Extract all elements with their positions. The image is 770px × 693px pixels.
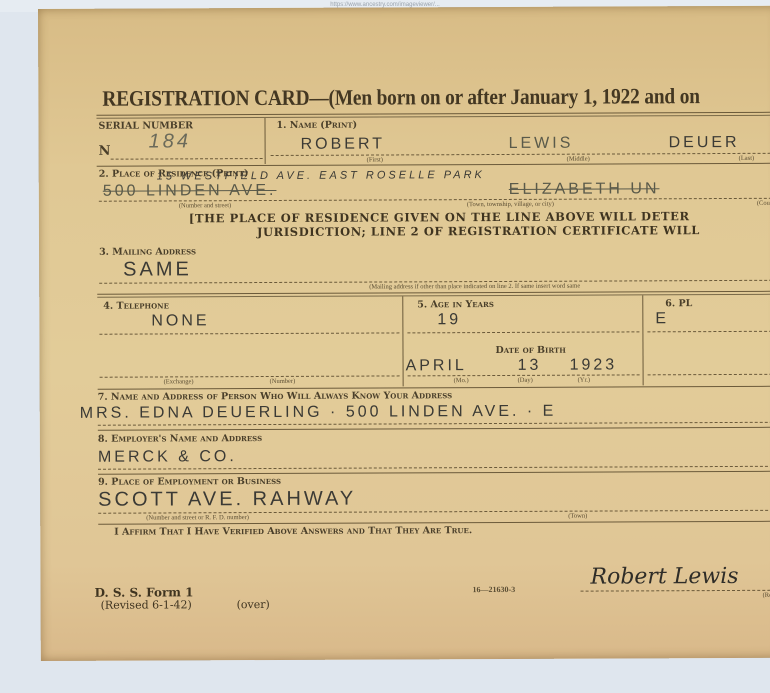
serial-prefix: N (99, 144, 111, 159)
age-value: 19 (437, 311, 461, 329)
divider (402, 296, 403, 386)
serial-number-value: 184 (149, 130, 191, 153)
telephone-label: 4. Telephone (103, 300, 169, 311)
day-caption: (Day) (518, 377, 533, 384)
mailing-label: 3. Mailing Address (99, 246, 196, 257)
dob-month-value: APRIL (406, 357, 467, 375)
over-note: (over) (237, 598, 270, 611)
dob-year-value: 1923 (570, 356, 618, 374)
county-caption: (Count (757, 200, 770, 207)
dotted-line (648, 374, 770, 376)
last-name-value: DEUER (669, 134, 740, 152)
town-caption: (Town) (568, 513, 587, 520)
form-code: 16—21630-3 (473, 585, 516, 594)
dob-label: Date of Birth (495, 345, 565, 356)
employer-label: 8. Employer's Name and Address (98, 433, 262, 445)
form-revised: (Revised 6-1-42) (101, 598, 192, 611)
signature-caption: (Regis (763, 592, 770, 599)
divider (97, 294, 770, 298)
divider (264, 118, 265, 164)
residence-street-value: 500 LINDEN AVE. (103, 182, 277, 201)
employment-place-value: SCOTT AVE. RAHWAY (98, 488, 356, 512)
first-name-value: ROBERT (301, 135, 385, 153)
town-caption: (Town, township, village, or city) (467, 201, 554, 208)
dob-day-value: 13 (518, 357, 542, 375)
name-label: 1. Name (Print) (276, 120, 357, 131)
dotted-line (99, 332, 399, 334)
contact-value: MRS. EDNA DEUERLING · 500 LINDEN AVE. · … (80, 403, 557, 423)
registrant-signature: Robert Lewis (590, 564, 738, 590)
residence-town-value: ELIZABETH UN (509, 180, 660, 199)
dotted-line (98, 422, 770, 426)
contact-label: 7. Name and Address of Person Who Will A… (98, 390, 453, 403)
street-caption: (Number and street) (179, 202, 231, 209)
mailing-caption: (Mailing address if other than place ind… (369, 283, 580, 291)
divider (98, 521, 770, 525)
divider (98, 386, 770, 390)
dotted-line (647, 331, 770, 333)
middle-caption: (Middle) (567, 156, 590, 163)
affirmation-text: I Affirm That I Have Verified Above Answ… (114, 525, 472, 538)
signature-line (581, 590, 770, 592)
yr-caption: (Yr.) (578, 377, 590, 384)
residence-notice-line2: JURISDICTION; LINE 2 OF REGISTRATION CER… (257, 223, 700, 239)
place-of-birth-value: E (655, 310, 669, 328)
dotted-line (111, 158, 263, 160)
dotted-line (407, 331, 639, 333)
last-caption: (Last) (739, 155, 755, 162)
mailing-value: SAME (123, 258, 192, 281)
telephone-value: NONE (151, 312, 209, 330)
first-caption: (First) (367, 156, 383, 163)
dotted-line (98, 466, 770, 470)
employment-place-label: 9. Place of Employment or Business (98, 476, 281, 488)
divider (98, 471, 770, 475)
place-of-birth-label: 6. PL (665, 298, 692, 309)
residence-correction: 15 WESTFIELD AVE. EAST ROSELLE PARK (157, 169, 485, 182)
dotted-line (100, 375, 400, 377)
age-label: 5. Age in Years (417, 299, 494, 310)
mo-caption: (Mo.) (454, 377, 469, 384)
street-caption: (Number and street or R. F. D. number) (146, 514, 249, 521)
employer-value: MERCK & CO. (98, 448, 237, 467)
divider (98, 427, 770, 431)
divider (642, 295, 643, 385)
divider (96, 115, 770, 119)
middle-name-value: LEWIS (509, 135, 574, 153)
card-title: REGISTRATION CARD—(Men born on or after … (102, 83, 699, 112)
divider (97, 163, 770, 167)
registration-card: REGISTRATION CARD—(Men born on or after … (38, 6, 770, 661)
exchange-caption: (Exchange) (164, 378, 194, 385)
number-caption: (Number) (270, 378, 296, 385)
